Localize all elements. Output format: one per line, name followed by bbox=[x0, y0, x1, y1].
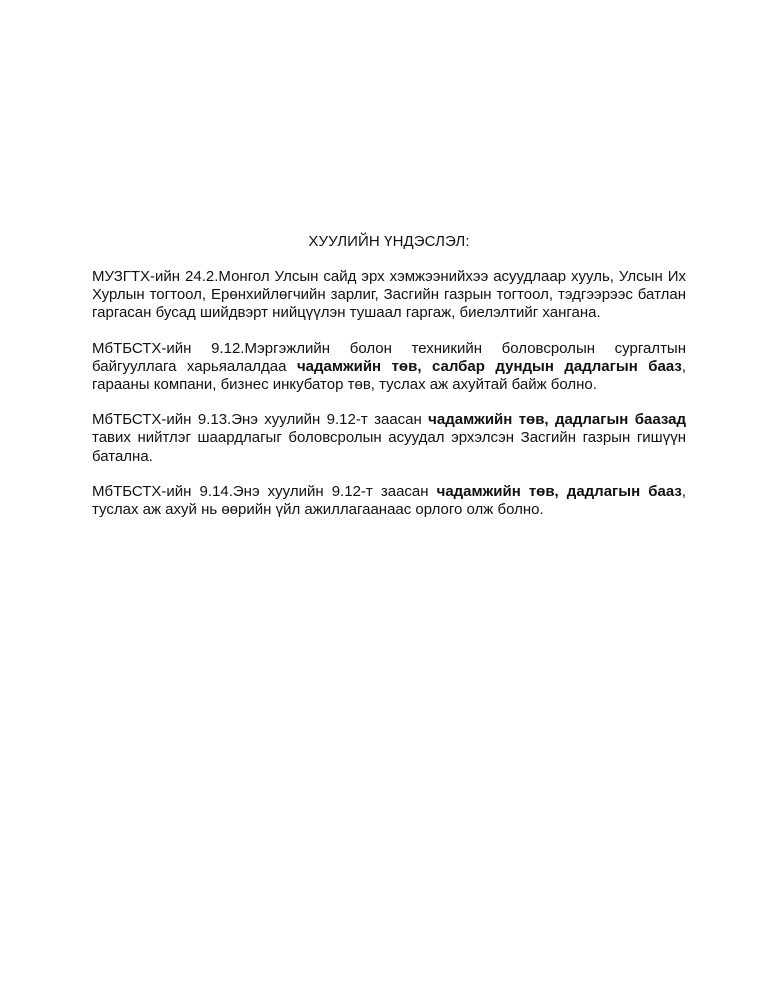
paragraph-text-tail: тавих нийтлэг шаардлагыг боловсролын асу… bbox=[92, 429, 686, 464]
document-title: ХУУЛИЙН ҮНДЭСЛЭЛ: bbox=[92, 233, 686, 251]
paragraph-text: МбТБСТХ-ийн 9.14.Энэ хуулийн 9.12-т заас… bbox=[92, 483, 437, 500]
paragraph-legal-basis-9-12: МбТБСТХ-ийн 9.12.Мэргэжлийн болон техник… bbox=[92, 340, 686, 395]
paragraph-bold-text: чадамжийн төв, дадлагын баазад bbox=[428, 411, 686, 428]
document-page: ХУУЛИЙН ҮНДЭСЛЭЛ: МУЗГТХ-ийн 24.2.Монгол… bbox=[92, 233, 686, 536]
paragraph-bold-text: чадамжийн төв, салбар дундын дадлагын ба… bbox=[297, 358, 682, 375]
paragraph-legal-basis-9-13: МбТБСТХ-ийн 9.13.Энэ хуулийн 9.12-т заас… bbox=[92, 411, 686, 466]
paragraph-bold-text: чадамжийн төв, дадлагын бааз bbox=[437, 483, 682, 500]
paragraph-text: МУЗГТХ-ийн 24.2.Монгол Улсын сайд эрх хэ… bbox=[92, 268, 686, 321]
paragraph-legal-basis-24-2: МУЗГТХ-ийн 24.2.Монгол Улсын сайд эрх хэ… bbox=[92, 268, 686, 323]
paragraph-legal-basis-9-14: МбТБСТХ-ийн 9.14.Энэ хуулийн 9.12-т заас… bbox=[92, 483, 686, 519]
paragraph-text: МбТБСТХ-ийн 9.13.Энэ хуулийн 9.12-т заас… bbox=[92, 411, 428, 428]
